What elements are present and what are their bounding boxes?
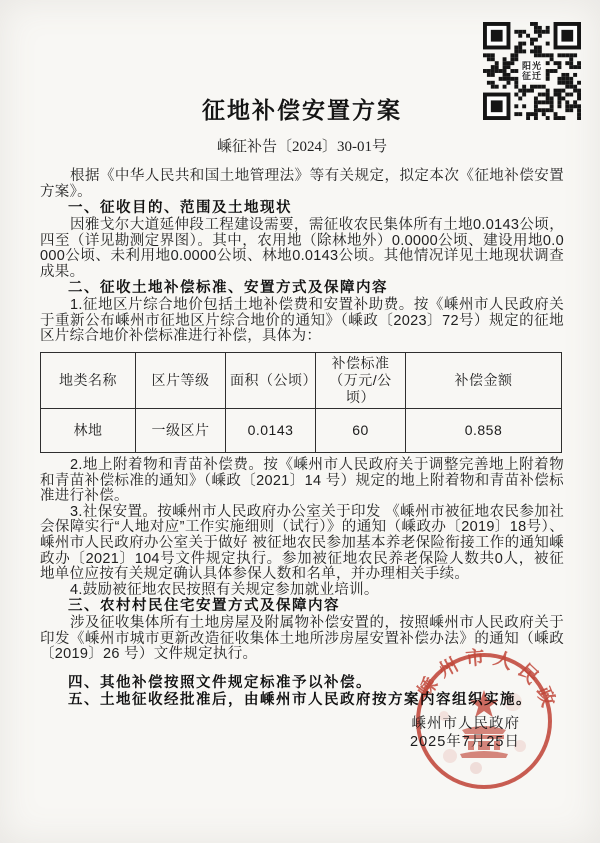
col-header-standard: 补偿标准（万元/公顷）: [316, 352, 406, 408]
section3-heading: 三、农村村民住宅安置方式及保障内容: [40, 599, 564, 615]
signature-date: 2025年7月25日: [40, 733, 520, 751]
col-header-land-type: 地类名称: [41, 352, 136, 408]
compensation-table: 地类名称 区片等级 面积（公顷） 补偿标准（万元/公顷） 补偿金额 林地 一级区…: [40, 352, 562, 453]
cell-standard: 60: [316, 408, 406, 452]
doc-number: 嵊征补告〔2024〕30-01号: [40, 135, 564, 156]
section2-heading: 二、征收土地补偿标准、安置方式及保障内容: [40, 281, 564, 297]
section2-paragraph-1: 1.征地区片综合地价包括土地补偿费和安置补助费。按《嵊州市人民政府关于重新公布嵊…: [40, 298, 564, 345]
col-header-zone-grade: 区片等级: [136, 352, 226, 408]
document-body: 根据《中华人民共和国土地管理法》等有关规定，拟定本次《征地补偿安置方案》。 一、…: [40, 169, 564, 751]
table-header-row: 地类名称 区片等级 面积（公顷） 补偿标准（万元/公顷） 补偿金额: [41, 352, 562, 408]
section2-paragraph-4: 4.鼓励被征地农民按照有关规定参加就业培训。: [40, 583, 564, 599]
col-header-area: 面积（公顷）: [226, 352, 316, 408]
col-header-amount: 补偿金额: [406, 352, 562, 408]
cell-land-type: 林地: [41, 408, 136, 452]
section1-paragraph: 因雅戈尔大道延伸段工程建设需要，需征收农民集体所有土地0.0143公顷，四至（详…: [40, 218, 564, 280]
intro-paragraph: 根据《中华人民共和国土地管理法》等有关规定，拟定本次《征地补偿安置方案》。: [40, 169, 564, 200]
section5-heading: 五、土地征收经批准后，由嵊州市人民政府按方案内容组织实施。: [40, 693, 564, 709]
document-page: 阳光 征迁 征地补偿安置方案 嵊征补告〔2024〕30-01号 根据《中华人民共…: [0, 0, 600, 843]
section1-heading: 一、征收目的、范围及土地现状: [40, 201, 564, 217]
signature-block: 嵊州市人民政府 2025年7月25日: [40, 715, 564, 751]
page-title: 征地补偿安置方案: [40, 92, 564, 125]
cell-zone-grade: 一级区片: [136, 408, 226, 452]
document-content: 征地补偿安置方案 嵊征补告〔2024〕30-01号 根据《中华人民共和国土地管理…: [40, 0, 564, 751]
section4-heading: 四、其他补偿按照文件规定标准予以补偿。: [40, 676, 564, 692]
table-row: 林地 一级区片 0.0143 60 0.858: [41, 408, 562, 452]
cell-amount: 0.858: [406, 408, 562, 452]
section2-paragraph-2: 2.地上附着物和青苗补偿费。按《嵊州市人民政府关于调整完善地上附着物和青苗补偿标…: [40, 458, 564, 505]
signature-org: 嵊州市人民政府: [40, 715, 520, 733]
section3-paragraph: 涉及征收集体所有土地房屋及附属物补偿安置的，按照嵊州市人民政府关于印发《嵊州市城…: [40, 616, 564, 663]
cell-area: 0.0143: [226, 408, 316, 452]
section2-paragraph-3: 3.社保安置。按嵊州市人民政府办公室关于印发 《嵊州市被征地农民参加社会保障实行…: [40, 505, 564, 583]
